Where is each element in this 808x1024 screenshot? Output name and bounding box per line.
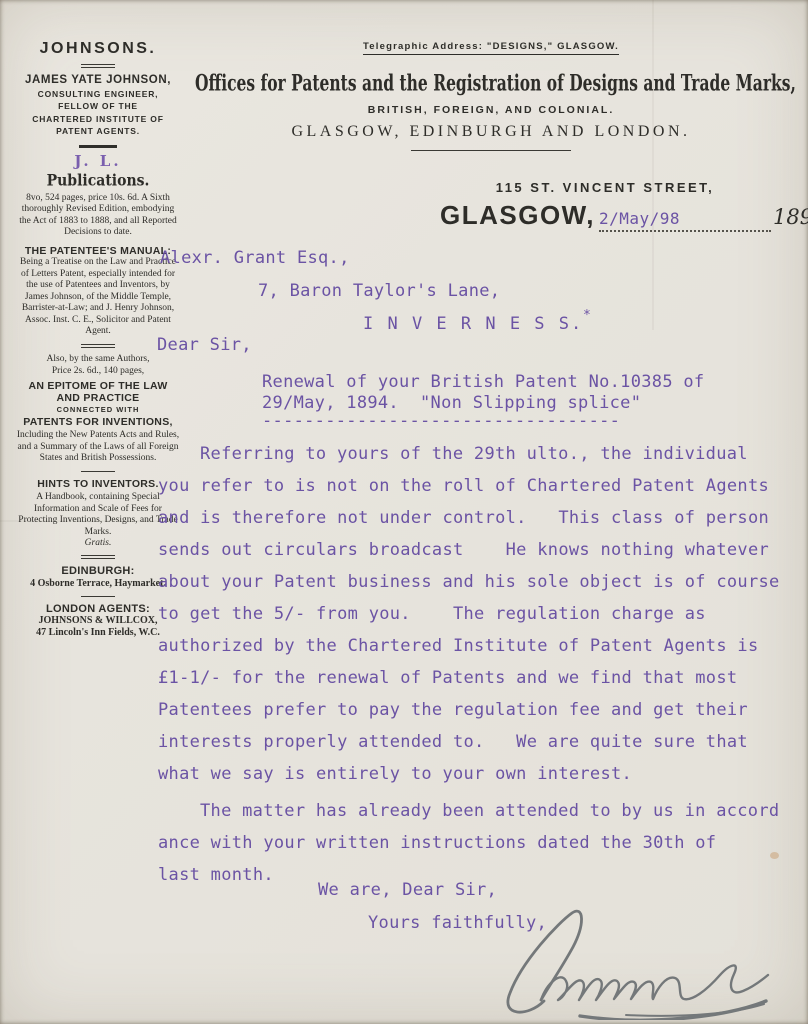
recipient-name: Alexr. Grant Esq., <box>160 242 583 275</box>
body-line: ance with your written instructions date… <box>158 827 779 859</box>
principal-title: FELLOW OF THE <box>12 100 184 113</box>
date-fill-line: 2/May/98 <box>599 209 771 232</box>
body-line: what we say is entirely to your own inte… <box>158 758 798 790</box>
stray-mark: * <box>583 308 591 323</box>
epitome-heading: AN EPITOME OF THE LAW <box>12 380 184 393</box>
epitome-subject: PATENTS FOR INVENTIONS, <box>12 416 184 429</box>
letterhead-header: Telegraphic Address: "DESIGNS," GLASGOW.… <box>195 36 787 151</box>
divider-rule <box>81 64 115 68</box>
epitome-note: Including the New Patents Acts and Rules… <box>16 430 180 465</box>
body-line: Patentees prefer to pay the regulation f… <box>158 694 798 726</box>
closing-line: We are, Dear Sir, <box>318 880 497 900</box>
divider-rule <box>81 596 115 597</box>
epitome-heading: AND PRACTICE <box>12 392 184 405</box>
divider-rule <box>81 344 115 348</box>
recipient-block: Alexr. Grant Esq., 7, Baron Taylor's Lan… <box>160 242 583 341</box>
body-line: you refer to is not on the roll of Chart… <box>158 470 798 502</box>
divider-rule <box>81 555 115 559</box>
manual-heading: THE PATENTEE'S MANUAL: <box>12 245 184 258</box>
body-line: authorized by the Chartered Institute of… <box>158 630 798 662</box>
office-title: Offices for Patents and the Registration… <box>195 69 787 97</box>
publications-note: 8vo, 524 pages, price 10s. 6d. A Sixth t… <box>16 193 180 239</box>
body-line: to get the 5/- from you. The regulation … <box>158 598 798 630</box>
epitome-intro: Also, by the same Authors, <box>16 354 180 366</box>
body-paragraph-2: The matter has already been attended to … <box>158 795 779 891</box>
principal-title: CONSULTING ENGINEER, <box>12 88 184 101</box>
divider-rule <box>79 145 117 148</box>
monogram: J. L. <box>12 153 184 170</box>
typed-date: 2/May/98 <box>599 209 680 228</box>
publications-heading: Publications. <box>12 172 184 191</box>
date-line: GLASGOW, 2/May/98 189 <box>440 200 808 232</box>
epitome-intro: Price 2s. 6d., 140 pages, <box>16 366 180 378</box>
letter-document: JOHNSONS. JAMES YATE JOHNSON, CONSULTING… <box>0 0 808 1024</box>
body-line: £1-1/- for the renewal of Patents and we… <box>158 662 798 694</box>
recipient-street: 7, Baron Taylor's Lane, <box>160 275 583 308</box>
subject-underline: ---------------------------------- <box>262 414 704 429</box>
salutation: Dear Sir, <box>157 335 252 355</box>
body-line: interests properly attended to. We are q… <box>158 726 798 758</box>
divider-rule <box>411 150 571 151</box>
body-line: The matter has already been attended to … <box>158 795 779 827</box>
hints-note: A Handbook, containing Special Informati… <box>16 492 180 538</box>
office-cities: GLASGOW, EDINBURGH AND LONDON. <box>195 123 787 141</box>
principal-title: PATENT AGENTS. <box>12 125 184 138</box>
body-paragraph-1: Referring to yours of the 29th ulto., th… <box>158 438 798 790</box>
year-prefix: 189 <box>773 205 808 229</box>
subject-line: Renewal of your British Patent No.10385 … <box>262 372 704 393</box>
epitome-connector: CONNECTED WITH <box>12 406 184 415</box>
telegraphic-address: Telegraphic Address: "DESIGNS," GLASGOW. <box>363 41 619 55</box>
street-address: 115 ST. VINCENT STREET, <box>430 180 780 195</box>
divider-rule <box>81 471 115 472</box>
firm-name: JOHNSONS. <box>12 40 184 58</box>
subject-block: Renewal of your British Patent No.10385 … <box>262 372 704 429</box>
office-subtitle: BRITISH, FOREIGN, AND COLONIAL. <box>195 104 787 116</box>
body-line: Referring to yours of the 29th ulto., th… <box>158 438 798 470</box>
principal-title: CHARTERED INSTITUTE OF <box>12 113 184 126</box>
body-line: and is therefore not under control. This… <box>158 502 798 534</box>
city-label: GLASGOW, <box>440 200 595 231</box>
principal-name: JAMES YATE JOHNSON, <box>12 74 184 87</box>
body-line: about your Patent business and his sole … <box>158 566 798 598</box>
manual-note: Being a Treatise on the Law and Practice… <box>16 257 180 338</box>
signature-johnson <box>468 905 803 1020</box>
body-line: sends out circulars broadcast He knows n… <box>158 534 798 566</box>
